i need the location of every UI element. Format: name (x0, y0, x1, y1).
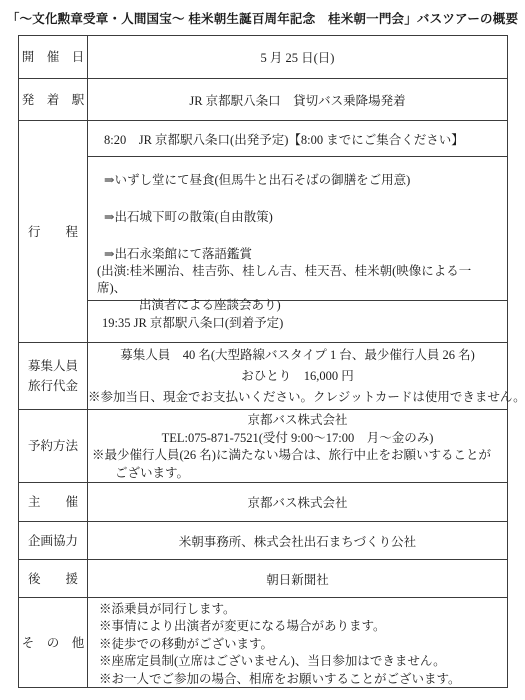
note-line: ※座席定員制(立席はございません)、当日参加はできません。 (99, 653, 503, 670)
note-line: ※徒歩での移動がございます。 (99, 636, 503, 653)
reservation-note-line: ※最少催行人員(26 名)に満たない場合は、旅行中止をお願いすることが (88, 447, 507, 465)
support-value: 朝日新聞社 (266, 570, 329, 588)
row-organizer: 主 催 京都バス株式会社 (19, 482, 507, 521)
note-line: ※事情により出演者が変更になる場合があります。 (99, 618, 503, 635)
row-other-notes: そ の 他 ※添乗員が同行します。 ※事情により出演者が変更になる場合があります… (19, 597, 507, 687)
capacity-label-line: 募集人員 (28, 356, 78, 376)
capacity-line: 募集人員 40 名(大型路線バスタイプ 1 台、最少催行人員 26 名) (88, 345, 507, 366)
row-capacity-price: 募集人員 旅行代金 募集人員 40 名(大型路線バスタイプ 1 台、最少催行人員… (19, 342, 507, 409)
itinerary-stops: ⇒いずし堂にて昼食(但馬牛と出石そばの御膳をご用意) ⇒出石城下町の散策(自由散… (88, 156, 507, 300)
document-page: 「〜文化勲章受章・人間国宝〜 桂米朝生誕百周年記念 桂米朝一門会」バスツアーの概… (0, 0, 525, 700)
itinerary-arrival: 19:35 JR 京都駅八条口(到着予定) (88, 300, 507, 342)
row-label-planning-cooperation: 企画協力 (19, 522, 88, 559)
row-label-other-notes: そ の 他 (19, 598, 88, 687)
event-date-value: 5 月 25 日(日) (261, 48, 335, 66)
row-label-event-date: 開 催 日 (19, 36, 88, 78)
note-line: ※添乗員が同行します。 (99, 601, 503, 618)
row-departure-station: 発 着 駅 JR 京都駅八条口 貸切バス乗降場発着 (19, 78, 507, 120)
itinerary-cast-line: (出演:桂米團治、桂吉弥、桂しん吉、桂天吾、桂米朝(映像による一席)、 (97, 263, 499, 297)
row-label-itinerary: 行 程 (19, 121, 88, 342)
row-label-departure-station: 発 着 駅 (19, 79, 88, 120)
itinerary-stop-line: ⇒いずし堂にて昼食(但馬牛と出石そばの御膳をご用意) (104, 172, 499, 189)
row-event-date: 開 催 日 5 月 25 日(日) (19, 36, 507, 78)
planning-cooperation-value: 米朝事務所、株式会社出石まちづくり公社 (179, 532, 416, 550)
row-label-support: 後 援 (19, 560, 88, 597)
price-label-line: 旅行代金 (28, 376, 78, 396)
note-line: ※お一人でご参加の場合、相席をお願いすることがございます。 (99, 671, 503, 688)
itinerary-departure: 8:20 JR 京都駅八条口(出発予定)【8:00 までにご集合ください】 (88, 121, 507, 156)
tour-overview-table: 開 催 日 5 月 25 日(日) 発 着 駅 JR 京都駅八条口 貸切バス乗降… (18, 35, 508, 688)
reservation-note-line: ございます。 (88, 465, 507, 483)
row-label-organizer: 主 催 (19, 483, 88, 521)
itinerary-departure-text: 8:20 JR 京都駅八条口(出発予定)【8:00 までにご集合ください】 (104, 130, 464, 148)
row-itinerary: 行 程 8:20 JR 京都駅八条口(出発予定)【8:00 までにご集合ください… (19, 120, 507, 342)
organizer-value: 京都バス株式会社 (247, 493, 347, 511)
itinerary-stop-line: ⇒出石永楽館にて落語鑑賞 (104, 246, 499, 263)
row-reservation: 予約方法 京都バス株式会社 TEL:075-871-7521(受付 9:00〜1… (19, 409, 507, 482)
reservation-company: 京都バス株式会社 (88, 412, 507, 430)
departure-station-value: JR 京都駅八条口 貸切バス乗降場発着 (189, 91, 405, 109)
document-title: 「〜文化勲章受章・人間国宝〜 桂米朝生誕百周年記念 桂米朝一門会」バスツアーの概… (0, 0, 525, 27)
itinerary-arrival-text: 19:35 JR 京都駅八条口(到着予定) (102, 313, 283, 331)
itinerary-stop-line: ⇒出石城下町の散策(自由散策) (104, 209, 499, 226)
row-planning-cooperation: 企画協力 米朝事務所、株式会社出石まちづくり公社 (19, 521, 507, 559)
price-line: おひとり 16,000 円 (88, 366, 507, 387)
payment-note-line: ※参加当日、現金でお支払いください。クレジットカードは使用できません。 (88, 387, 507, 408)
row-label-reservation: 予約方法 (19, 410, 88, 482)
row-label-capacity-price: 募集人員 旅行代金 (19, 343, 88, 409)
row-support: 後 援 朝日新聞社 (19, 559, 507, 597)
reservation-phone: TEL:075-871-7521(受付 9:00〜17:00 月〜金のみ) (88, 430, 507, 448)
